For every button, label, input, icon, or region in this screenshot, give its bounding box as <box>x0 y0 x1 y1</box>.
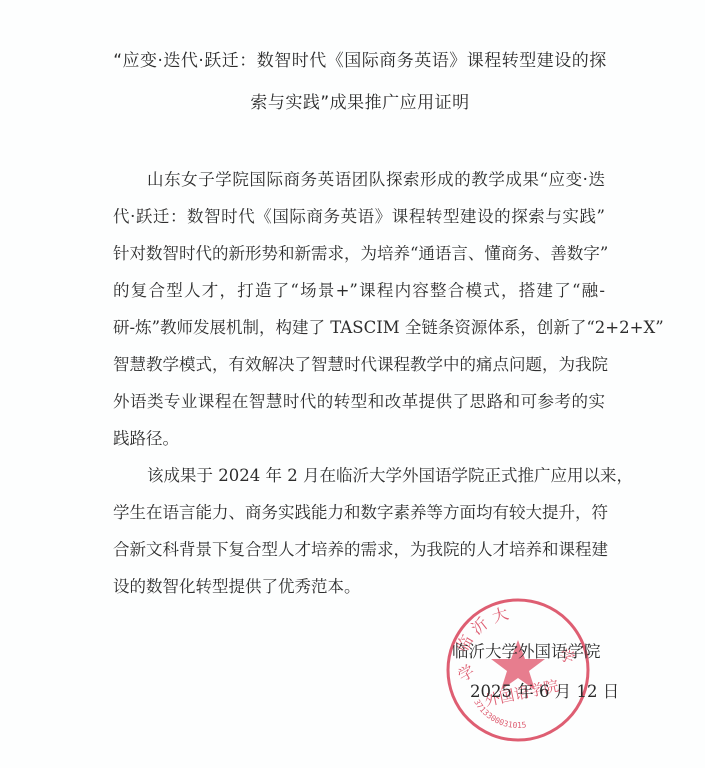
paragraph-1-line-7: 外语类专业课程在智慧时代的转型和改革提供了思路和可参考的实 <box>113 392 605 412</box>
signature-date: 2025 年 6 月 12 日 <box>470 678 619 702</box>
paragraph-2-line-4: 设的数智化转型提供了优秀范本。 <box>113 577 605 597</box>
paragraph-1-line-2: 代·跃迁：数智时代《国际商务英语》课程转型建设的探索与实践” <box>113 207 605 227</box>
document-page: “应变·迭代·跃迁：数智时代《国际商务英语》课程转型建设的探 索与实践”成果推广… <box>0 0 705 768</box>
signature-organization: 临沂大学外国语学院 <box>452 638 601 662</box>
paragraph-2-line-3: 合新文科背景下复合型人才培养的需求，为我院的人才培养和课程建 <box>113 540 605 560</box>
paragraph-1-line-6: 智慧教学模式，有效解决了智慧时代课程教学中的痛点问题，为我院 <box>113 355 605 375</box>
document-title-line-1: “应变·迭代·跃迁：数智时代《国际商务英语》课程转型建设的探 <box>100 46 620 71</box>
official-seal-stamp: 临 沂 大 学 学 外国语学院 3713300031015 <box>440 596 596 746</box>
paragraph-2-line-1: 该成果于 2024 年 2 月在临沂大学外国语学院正式推广应用以来， <box>147 466 605 486</box>
paragraph-1-line-8: 践路径。 <box>113 429 605 449</box>
document-title-line-2: 索与实践”成果推广应用证明 <box>100 88 620 113</box>
paragraph-1-line-1: 山东女子学院国际商务英语团队探索形成的教学成果“应变·迭 <box>147 170 605 190</box>
paragraph-1-line-3: 针对数智时代的新形势和新需求，为培养“通语言、懂商务、善数字” <box>113 244 605 264</box>
paragraph-1-line-4: 的复合型人才，打造了“场景+”课程内容整合模式，搭建了“融- <box>113 281 605 301</box>
paragraph-2-line-2: 学生在语言能力、商务实践能力和数字素养等方面均有较大提升，符 <box>113 503 605 523</box>
paragraph-1-line-5: 研-炼”教师发展机制，构建了 TASCIM 全链条资源体系，创新了“2+2+X” <box>113 318 605 338</box>
